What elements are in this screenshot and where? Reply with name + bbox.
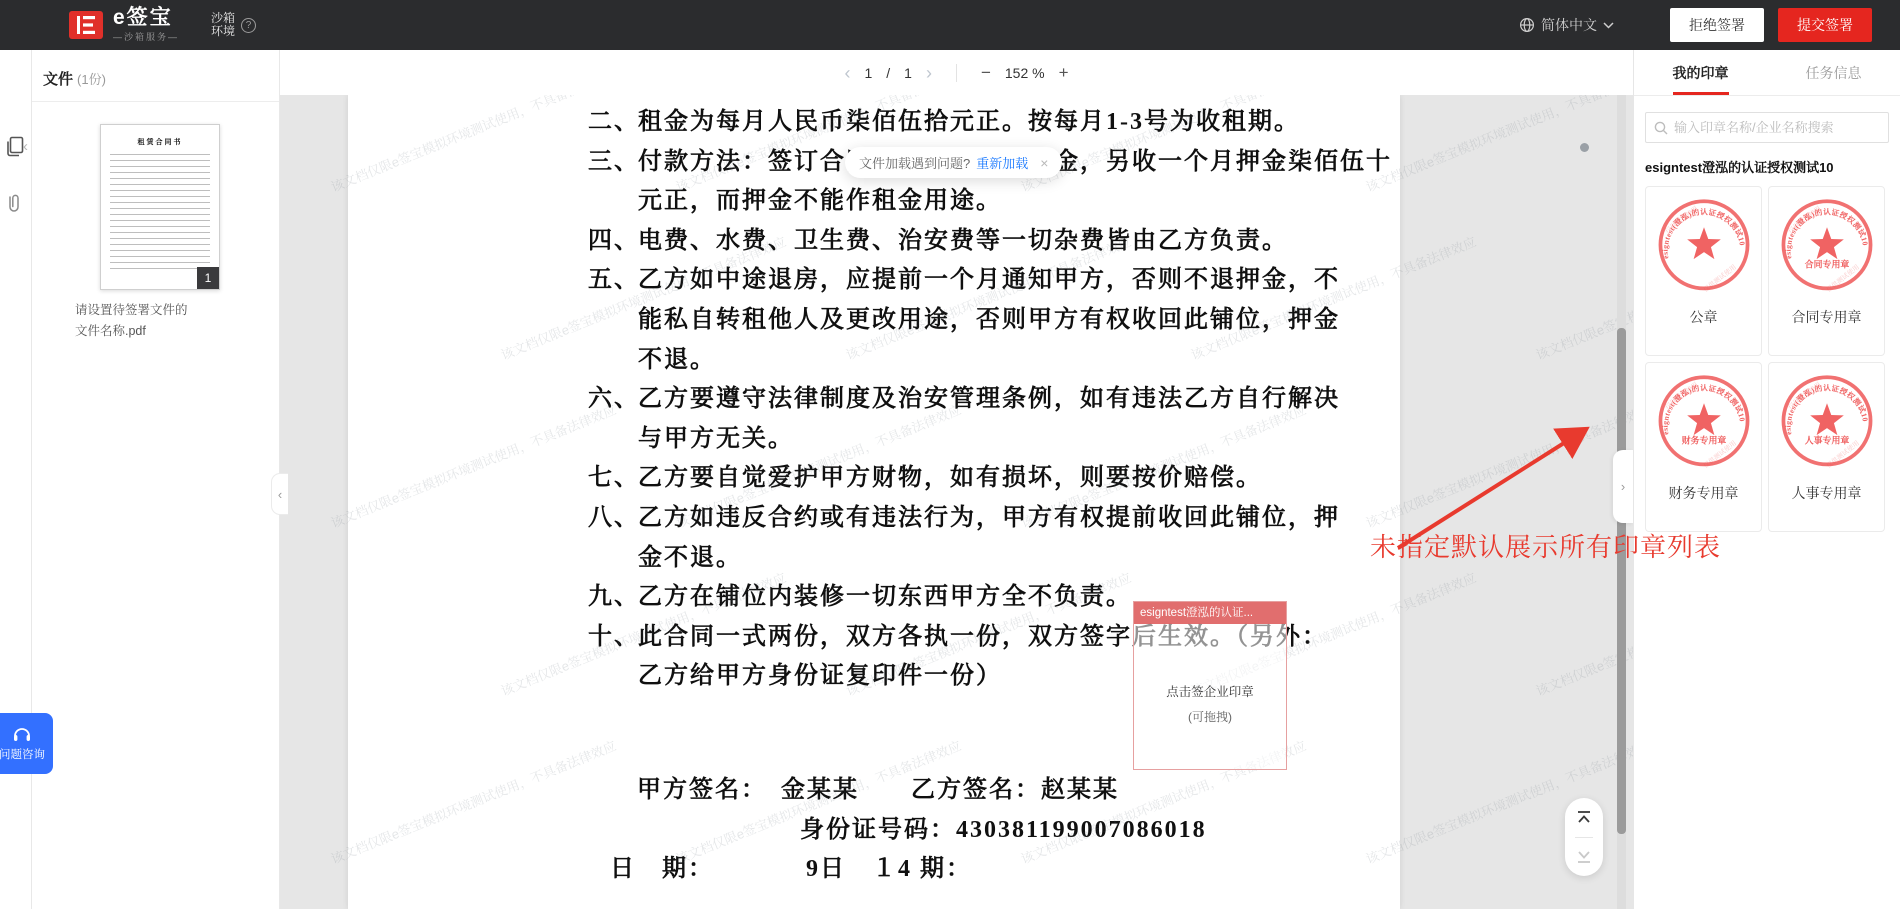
seal-label: 公章 [1690,307,1718,327]
document-line: 八、乙方如违反合约或有违法行为，甲方有权提前收回此铺位，押 [348,499,1400,539]
headset-icon [12,726,32,743]
scroll-jump-controls [1565,798,1603,876]
clause-text: 乙方如违反合约或有违法行为，甲方有权提前收回此铺位，押 [638,499,1340,539]
document-line: 七、乙方要自觉爱护甲方财物，如有损坏，则要按价赔偿。 [348,459,1400,499]
seal-card[interactable]: esigntest(澄泓)的认证授权测试10 人事专用章 仅供测试使用 仅供测试… [1768,362,1885,532]
thumbnail-title: 租赁合同书 [101,137,219,147]
clause-number: 九、 [588,578,638,618]
divider [32,101,279,102]
clause-text: 能私自转租他人及更改用途，否则甲方有权收回此铺位，押金 [638,301,1340,341]
globe-icon [1519,17,1535,33]
seal-grid: esigntest(澄泓)的认证授权测试10 仅供测试使用 仅供测试使用 公章 … [1645,186,1889,532]
help-icon[interactable]: ? [241,18,256,33]
clause-number: 八、 [588,499,638,539]
seal-label: 人事专用章 [1792,483,1862,503]
clause-text: 租金为每月人民币柒佰伍拾元正。按每月1-3号为收租期。 [638,103,1300,143]
document-line: 五、乙方如中途退房，应提前一个月通知甲方，否则不退押金，不 [348,261,1400,301]
seal-group-title: esigntest澄泓的认证授权测试10 [1645,157,1889,176]
seal-widget-body: 点击签企业印章 (可拖拽) [1134,682,1286,725]
files-icon[interactable] [5,136,25,158]
document-line: 元正，而押金不能作租金用途。 [348,182,1400,222]
seal-widget-header: esigntest澄泓的认证... [1134,602,1286,624]
zoom-level: 152 % [1005,65,1045,81]
top-header: e签宝 —沙箱服务— 沙箱 环境 ? 简体中文 拒绝签署 提交签署 [0,0,1900,50]
seal-card[interactable]: esigntest(澄泓)的认证授权测试10 财务专用章 仅供测试使用 仅供测试… [1645,362,1762,532]
esign-app: e签宝 —沙箱服务— 沙箱 环境 ? 简体中文 拒绝签署 提交签署 [0,0,1900,909]
viewer-toolbar: ‹ 1 / 1 › − 152 % + [280,50,1633,95]
load-error-toast: 文件加载遇到问题? 重新加载 × [845,147,1062,178]
file-list-panel: 文件(1份) 租赁合同书 1 请设置待签署文件的 文件名称.pdf [32,50,280,909]
clause-number [588,657,638,697]
collapse-seal-panel-handle[interactable]: › [1613,450,1633,523]
brand-title: e签宝 [113,7,179,28]
signature-line: 甲方签名： 金某某 乙方签名：赵某某 [348,771,1400,811]
clause-text: 乙方要遵守法律制度及治安管理条例，如有违法乙方自行解决 [638,380,1340,420]
seal-label: 财务专用章 [1669,483,1739,503]
search-icon [1654,121,1668,135]
files-panel-caret-icon[interactable]: ‹ [23,138,28,155]
clause-number: 三、 [588,143,638,183]
seal-card[interactable]: esigntest(澄泓)的认证授权测试10 合同专用章 仅供测试使用 仅供测试… [1768,186,1885,356]
zoom-controls: − 152 % + [981,63,1069,83]
company-seal-image: esigntest(澄泓)的认证授权测试10 仅供测试使用 仅供测试使用 [1652,193,1756,305]
thumbnail-text-lines [110,154,210,272]
header-actions: 简体中文 拒绝签署 提交签署 [1519,8,1872,42]
close-icon[interactable]: × [1040,155,1048,171]
clause-text: 乙方如中途退房，应提前一个月通知甲方，否则不退押金，不 [638,261,1340,301]
scroll-to-top-icon[interactable] [1576,810,1592,825]
scroll-to-bottom-icon[interactable] [1576,849,1592,864]
clause-number [588,420,638,460]
clause-number: 十、 [588,618,638,658]
panel-tabs: 我的印章 任务信息 [1634,50,1900,96]
brand-wordmark: e签宝 —沙箱服务— [113,7,179,43]
document-line: 二、租金为每月人民币柒佰伍拾元正。按每月1-3号为收租期。 [348,103,1400,143]
document-viewer: ‹ 1 / 1 › − 152 % + 二、租金为每月人民币柒佰伍拾元正。按每月… [280,50,1633,909]
tab-my-seals[interactable]: 我的印章 [1634,50,1767,95]
toast-message: 文件加载遇到问题? [859,153,970,172]
left-icon-strip: ‹ [0,50,32,909]
company-seal-image: esigntest(澄泓)的认证授权测试10 财务专用章 仅供测试使用 仅供测试… [1652,369,1756,481]
clause-text: 乙方要自觉爱护甲方财物，如有损坏，则要按价赔偿。 [638,459,1262,499]
clause-number: 六、 [588,380,638,420]
document-line: 不退。 [348,341,1400,381]
clause-text: 金不退。 [638,539,742,579]
file-panel-header: 文件(1份) [32,50,279,101]
files-count: (1份) [77,72,106,87]
document-line: 六、乙方要遵守法律制度及治安管理条例，如有违法乙方自行解决 [348,380,1400,420]
watermark-text: 该文档仅限e签宝模拟环境测试使用，不具备法律效应 [1363,399,1633,531]
svg-text:人事专用章: 人事专用章 [1804,435,1849,446]
document-line: 能私自转租他人及更改用途，否则甲方有权收回此铺位，押金 [348,301,1400,341]
brand-subtitle: —沙箱服务— [113,30,179,43]
document-line: 金不退。 [348,539,1400,579]
language-selector[interactable]: 简体中文 [1519,15,1614,35]
company-seal-image: esigntest(澄泓)的认证授权测试10 合同专用章 仅供测试使用 仅供测试… [1775,193,1879,305]
document-thumbnail[interactable]: 租赁合同书 1 [100,124,220,290]
seal-panel: 我的印章 任务信息 esigntest澄泓的认证授权测试10 esigntest… [1633,50,1900,909]
clause-text: 与甲方无关。 [638,420,794,460]
prev-page-icon[interactable]: ‹ [844,64,850,82]
pagination-controls: ‹ 1 / 1 › [844,64,931,82]
clause-text: 元正，而押金不能作租金用途。 [638,182,1002,222]
zoom-out-button[interactable]: − [981,63,991,83]
clause-number: 五、 [588,261,638,301]
seal-search-input[interactable] [1674,120,1880,135]
next-page-icon[interactable]: › [926,64,932,82]
clause-text: 不退。 [638,341,716,381]
chevron-down-icon [1603,22,1614,29]
seal-search-box [1645,112,1889,143]
consult-label: 问题咨询 [0,746,45,762]
page-current: 1 [864,65,872,81]
zoom-in-button[interactable]: + [1059,63,1069,83]
signature-line: 身份证号码：430381199007086018 [348,811,1400,851]
language-label: 简体中文 [1541,15,1597,35]
files-label: 文件 [43,71,73,88]
divider [1575,837,1593,838]
sandbox-env-label: 沙箱 环境 [211,12,235,38]
consult-button[interactable]: 问题咨询 [0,713,53,774]
clause-number: 二、 [588,103,638,143]
seal-drop-widget[interactable]: esigntest澄泓的认证... 点击签企业印章 (可拖拽) [1133,601,1287,770]
clause-number: 四、 [588,222,638,262]
clause-number [588,182,638,222]
toolbar-divider [956,64,957,82]
reload-link[interactable]: 重新加载 [976,153,1028,172]
clause-number [588,301,638,341]
brand-logo-icon [69,11,103,39]
reject-sign-button[interactable]: 拒绝签署 [1670,8,1764,42]
seal-label: 合同专用章 [1792,307,1862,327]
submit-sign-button[interactable]: 提交签署 [1778,8,1872,42]
document-lines: 二、租金为每月人民币柒佰伍拾元正。按每月1-3号为收租期。三、付款方法：签订合同… [348,103,1400,890]
page-number-badge: 1 [197,267,219,289]
company-seal-image: esigntest(澄泓)的认证授权测试10 人事专用章 仅供测试使用 仅供测试… [1775,369,1879,481]
logo-e-glyph [76,16,96,34]
page-total: 1 [904,65,912,81]
tab-task-info[interactable]: 任务信息 [1767,50,1900,95]
clause-text: 电费、水费、卫生费、治安费等一切杂费皆由乙方负责。 [638,222,1288,262]
collapse-file-panel-handle[interactable]: ‹ [271,473,288,515]
document-page: 二、租金为每月人民币柒佰伍拾元正。按每月1-3号为收租期。三、付款方法：签订合同… [348,95,1400,909]
file-name: 请设置待签署文件的 文件名称.pdf [32,300,279,342]
clause-number [588,341,638,381]
attachment-icon[interactable] [5,193,23,215]
clause-text: 乙方在铺位内装修一切东西甲方全不负责。 [638,578,1132,618]
floating-dot [1580,143,1589,152]
svg-text:合同专用章: 合同专用章 [1804,259,1849,270]
document-line: 四、电费、水费、卫生费、治安费等一切杂费皆由乙方负责。 [348,222,1400,262]
clause-number [588,539,638,579]
seal-card[interactable]: esigntest(澄泓)的认证授权测试10 仅供测试使用 仅供测试使用 公章 [1645,186,1762,356]
page-separator: / [886,65,890,81]
scrollbar-thumb[interactable] [1617,328,1626,834]
signature-line: 日 期： 9日 １4 期： [348,850,1400,890]
document-line: 与甲方无关。 [348,420,1400,460]
clause-number: 七、 [588,459,638,499]
clause-text: 乙方给甲方身份证复印件一份） [638,657,1002,697]
svg-text:财务专用章: 财务专用章 [1681,435,1726,446]
